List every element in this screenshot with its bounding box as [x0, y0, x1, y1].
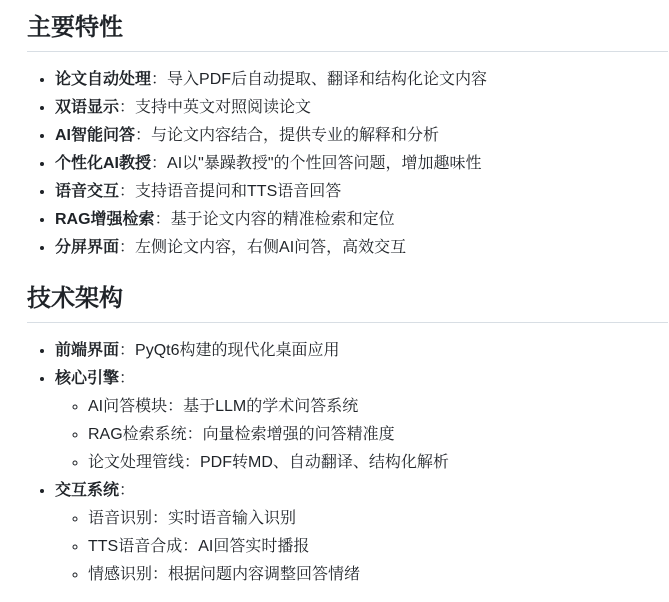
tech-item: 前端界面：PyQt6构建的现代化桌面应用 [55, 339, 668, 363]
interaction-system-sublist: 语音识别：实时语音输入识别 TTS语音合成：AI回答实时播报 情感识别：根据问题… [55, 507, 668, 587]
tech-desc: ： [119, 482, 135, 499]
section-tech-architecture: 技术架构 前端界面：PyQt6构建的现代化桌面应用 核心引擎： AI问答模块：基… [27, 284, 668, 587]
sub-item: 情感识别：根据问题内容调整回答情绪 [88, 563, 668, 587]
main-features-heading: 主要特性 [27, 13, 668, 52]
feature-desc: ：支持中英文对照阅读论文 [119, 99, 311, 116]
tech-desc: ： [119, 370, 135, 387]
feature-term: 语音交互 [55, 183, 119, 200]
tech-term: 前端界面 [55, 342, 119, 359]
tech-term: 交互系统 [55, 482, 119, 499]
feature-term: 个性化AI教授 [55, 155, 151, 172]
sub-item-text: 论文处理管线：PDF转MD、自动翻译、结构化解析 [88, 454, 449, 471]
feature-term: 论文自动处理 [55, 71, 151, 88]
sub-item-text: TTS语音合成：AI回答实时播报 [88, 538, 309, 555]
sub-item: RAG检索系统：向量检索增强的问答精准度 [88, 423, 668, 447]
tech-term: 核心引擎 [55, 370, 119, 387]
feature-item: AI智能问答：与论文内容结合，提供专业的解释和分析 [55, 124, 668, 148]
feature-desc: ：与论文内容结合，提供专业的解释和分析 [135, 127, 439, 144]
sub-item: 语音识别：实时语音输入识别 [88, 507, 668, 531]
feature-desc: ：AI以"暴躁教授"的个性回答问题，增加趣味性 [151, 155, 481, 172]
core-engine-sublist: AI问答模块：基于LLM的学术问答系统 RAG检索系统：向量检索增强的问答精准度… [55, 395, 668, 475]
sub-item: TTS语音合成：AI回答实时播报 [88, 535, 668, 559]
feature-desc: ：导入PDF后自动提取、翻译和结构化论文内容 [151, 71, 487, 88]
feature-item: 语音交互：支持语音提问和TTS语音回答 [55, 180, 668, 204]
feature-desc: ：左侧论文内容，右侧AI问答，高效交互 [119, 239, 406, 256]
feature-term: AI智能问答 [55, 127, 135, 144]
feature-desc: ：支持语音提问和TTS语音回答 [119, 183, 341, 200]
feature-term: RAG增强检索 [55, 211, 155, 228]
feature-item: 论文自动处理：导入PDF后自动提取、翻译和结构化论文内容 [55, 68, 668, 92]
tech-desc: ：PyQt6构建的现代化桌面应用 [119, 342, 339, 359]
feature-item: 个性化AI教授：AI以"暴躁教授"的个性回答问题，增加趣味性 [55, 152, 668, 176]
feature-desc: ：基于论文内容的精准检索和定位 [155, 211, 395, 228]
sub-item: AI问答模块：基于LLM的学术问答系统 [88, 395, 668, 419]
tech-list: 前端界面：PyQt6构建的现代化桌面应用 核心引擎： AI问答模块：基于LLM的… [27, 339, 668, 587]
feature-term: 双语显示 [55, 99, 119, 116]
sub-item-text: 语音识别：实时语音输入识别 [88, 510, 296, 527]
tech-item: 核心引擎： AI问答模块：基于LLM的学术问答系统 RAG检索系统：向量检索增强… [55, 367, 668, 475]
tech-item: 交互系统： 语音识别：实时语音输入识别 TTS语音合成：AI回答实时播报 情感识… [55, 479, 668, 587]
sub-item-text: AI问答模块：基于LLM的学术问答系统 [88, 398, 358, 415]
feature-list: 论文自动处理：导入PDF后自动提取、翻译和结构化论文内容 双语显示：支持中英文对… [27, 68, 668, 260]
sub-item-text: 情感识别：根据问题内容调整回答情绪 [88, 566, 360, 583]
feature-item: 分屏界面：左侧论文内容，右侧AI问答，高效交互 [55, 236, 668, 260]
sub-item-text: RAG检索系统：向量检索增强的问答精准度 [88, 426, 395, 443]
markdown-document: 主要特性 论文自动处理：导入PDF后自动提取、翻译和结构化论文内容 双语显示：支… [0, 0, 669, 602]
feature-item: RAG增强检索：基于论文内容的精准检索和定位 [55, 208, 668, 232]
section-main-features: 主要特性 论文自动处理：导入PDF后自动提取、翻译和结构化论文内容 双语显示：支… [27, 13, 668, 260]
feature-item: 双语显示：支持中英文对照阅读论文 [55, 96, 668, 120]
tech-architecture-heading: 技术架构 [27, 284, 668, 323]
sub-item: 论文处理管线：PDF转MD、自动翻译、结构化解析 [88, 451, 668, 475]
feature-term: 分屏界面 [55, 239, 119, 256]
